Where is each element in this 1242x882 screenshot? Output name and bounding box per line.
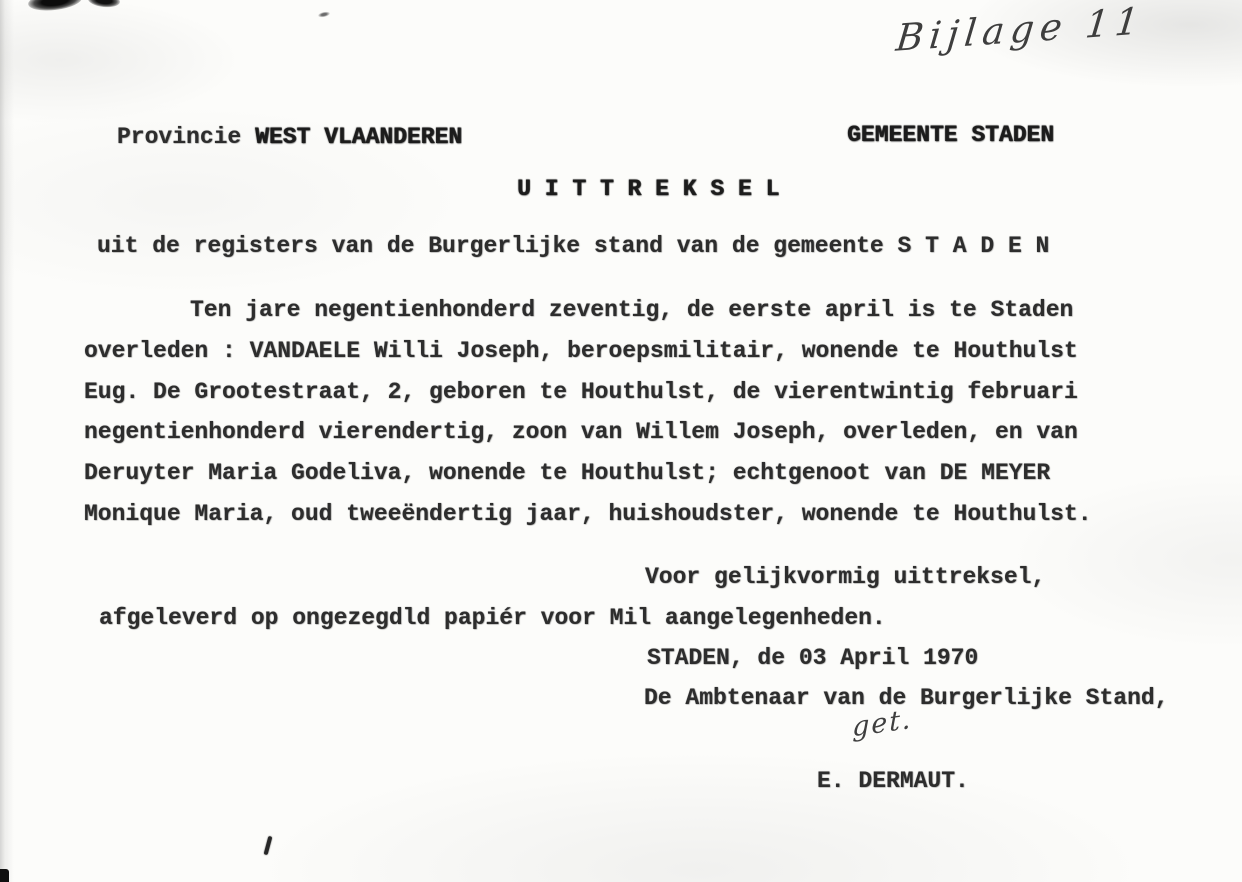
body-line: Ten jare negentienhonderd zeventig, de e…: [190, 299, 1073, 322]
body-line: Monique Maria, oud tweeëndertig jaar, hu…: [84, 503, 1092, 526]
municipality-label: GEMEENTE STADEN: [847, 124, 1054, 147]
document-title: U I T T R E K S E L: [517, 178, 779, 201]
body-line: Deruyter Maria Godeliva, wonende te Hout…: [84, 462, 1050, 485]
certify-line: Voor gelijkvormig uittreksel,: [645, 566, 1045, 589]
delivery-line: afgeleverd op ongezegdld papiér voor Mil…: [99, 607, 886, 630]
ink-smudge-top-left-2: [87, 0, 120, 9]
province-name: WEST VLAANDEREN: [255, 124, 462, 150]
place-date-line: STADEN, de 03 April 1970: [647, 647, 978, 670]
ink-smudge-top-left: [27, 0, 83, 13]
body-line: Eug. De Grootestraat, 2, geboren te Hout…: [84, 381, 1078, 404]
handwritten-annotation: Bijlage 11: [894, 0, 1147, 60]
scan-mark-bottom-center: [264, 836, 273, 855]
scan-speck-top-center: [318, 11, 331, 18]
body-line: overleden : VANDAELE Willi Joseph, beroe…: [84, 340, 1078, 363]
signature-name: E. DERMAUT.: [817, 770, 969, 793]
body-line: negentienhonderd vierendertig, zoon van …: [84, 421, 1078, 444]
document-subtitle: uit de registers van de Burgerlijke stan…: [97, 235, 1049, 258]
province-prefix: Provincie: [117, 124, 241, 150]
province-label: ProvincieWEST VLAANDEREN: [117, 126, 462, 149]
scan-mark-bottom-left-corner: [0, 869, 9, 882]
scanned-document-page: Bijlage 11 ProvincieWEST VLAANDEREN GEME…: [0, 0, 1242, 882]
